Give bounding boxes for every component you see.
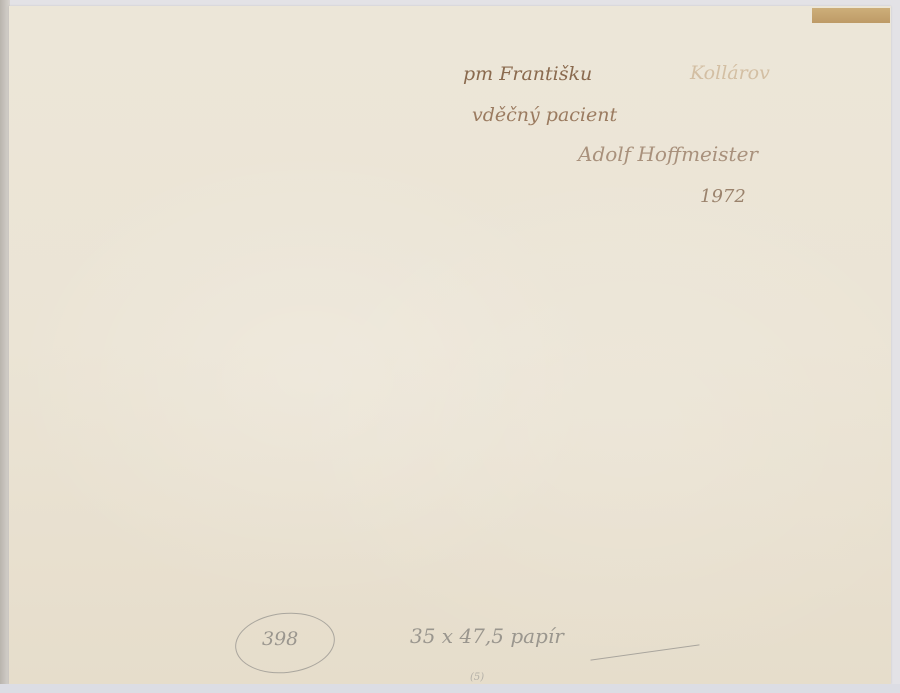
inscription-line1-dark: pm Františku bbox=[463, 63, 592, 85]
paper-sheet bbox=[9, 6, 891, 684]
inscription-line1-faint: Kollárov bbox=[690, 62, 770, 84]
tape-strip bbox=[812, 8, 890, 23]
small-mark: (5) bbox=[470, 672, 484, 683]
inscription-line2: vděčný pacient bbox=[472, 104, 617, 126]
signature: Adolf Hoffmeister bbox=[578, 142, 758, 166]
signature-year: 1972 bbox=[700, 186, 746, 207]
bottom-background-strip bbox=[0, 684, 900, 693]
catalog-number: 398 bbox=[262, 628, 298, 650]
dimensions-note: 35 x 47,5 papír bbox=[410, 624, 564, 648]
